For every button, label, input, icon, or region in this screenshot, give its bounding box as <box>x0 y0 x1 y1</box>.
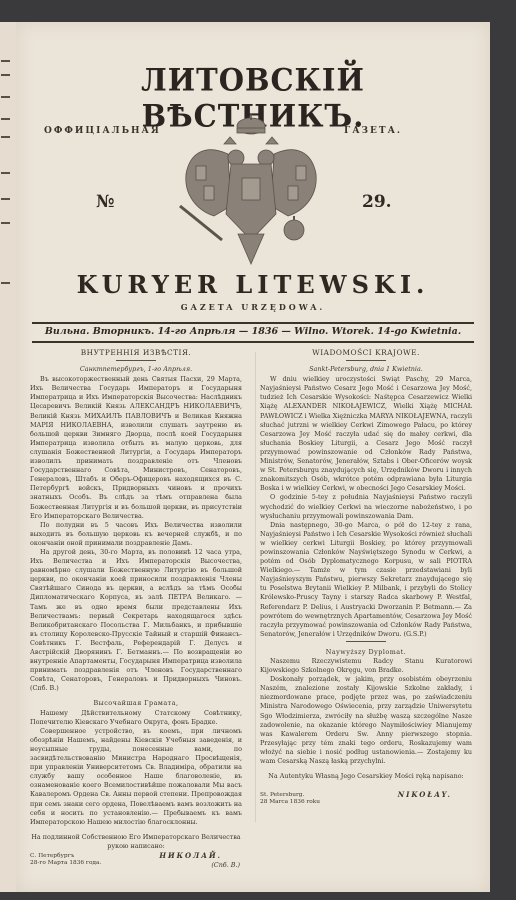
column-heading: WIADOMOŚCI KRAJOWE. <box>260 348 472 357</box>
issue-label: № <box>96 192 114 212</box>
column-russian: ВНУТРЕННІЯ ИЗВѢСТІЯ. Санктпетербургъ, 1-… <box>30 348 242 873</box>
signature-caption: На подлинной Собственною Его Императорск… <box>30 833 242 851</box>
article-place-date: Санктпетербургъ, 1-го Апрѣля. <box>30 365 242 374</box>
dateline: Вильна. Вторникъ. 14-го Апрѣля — 1836 — … <box>32 326 474 337</box>
column-polish: WIADOMOŚCI KRAJOWE. Sankt-Petersburg, dn… <box>260 348 472 812</box>
signature-date: 28 Marca 1836 roku <box>260 799 320 806</box>
issue-number: 29. <box>362 192 392 212</box>
decree-addressee: Нашему Дѣйствительному Статскому Совѣтни… <box>30 709 242 727</box>
decree-title: Высочайшая Грамата, <box>30 699 242 708</box>
newspaper-page: ЛИТОВСКІЙ ВѢСТНИКЪ. ОФФИЦІАЛЬНАЯ ГАЗЕТА.… <box>16 22 490 892</box>
decree-paragraph: Совершенное устройство, въ коемъ, при ли… <box>30 727 242 827</box>
column-heading: ВНУТРЕННІЯ ИЗВѢСТІЯ. <box>30 348 242 357</box>
signature-name: NIKOŁAY. <box>398 790 452 799</box>
article-paragraph: Dnia następnego, 30-go Marca, o pół do 1… <box>260 521 472 639</box>
signature-source: (Спб. В.) <box>211 861 240 870</box>
column-divider <box>255 352 256 822</box>
signature-place-date: St. Petersburg. 28 Marca 1836 roku <box>260 792 320 806</box>
divider <box>346 641 386 642</box>
double-headed-eagle-icon <box>176 114 326 272</box>
masthead-title-pl: KURYER LITEWSKI. <box>38 270 468 299</box>
decree-paragraph: Doskonały porządek, w jakim, przy osobis… <box>260 675 472 766</box>
dateline-rule-bottom <box>32 341 474 343</box>
masthead-subtitle-left: ОФФИЦІАЛЬНАЯ <box>44 126 161 136</box>
signature-block: Na Autentyku Własną Jego Cesarskiey Mośc… <box>260 772 472 812</box>
divider <box>116 360 156 361</box>
article-paragraph: W dniu wielkiey uroczystości Swiąt Pasch… <box>260 375 472 493</box>
article-paragraph: На другой день, 30-го Марта, въ половинѣ… <box>30 548 242 694</box>
article-paragraph: O godzinie 5-tey z południa Nayjaśnieysi… <box>260 493 472 520</box>
signature-place: С. Петербургъ <box>30 853 101 860</box>
article-paragraph: Въ высокоторжественный день Святыя Пасхи… <box>30 375 242 521</box>
article-place-date: Sankt-Petersburg, dnia 1 Kwietnia. <box>260 365 472 374</box>
decree-addressee: Naszemu Rzeczywistemu Radcy Stanu Kurato… <box>260 657 472 675</box>
divider <box>346 360 386 361</box>
decree-title: Naywyższy Dyplomat. <box>260 648 472 657</box>
signature-block: На подлинной Собственною Его Императорск… <box>30 833 242 873</box>
adjacent-page-edge <box>0 22 17 892</box>
article-paragraph: По полудни въ 5 часовъ Ихъ Величества из… <box>30 521 242 548</box>
dateline-rule-top <box>32 322 474 324</box>
signature-place: St. Petersburg. <box>260 792 320 799</box>
signature-date: 28-го Марта 1836 года. <box>30 860 101 867</box>
signature-caption: Na Autentyku Własną Jego Cesarskiey Mośc… <box>260 772 472 781</box>
masthead-subtitle-pl: GAZETA URZĘDOWA. <box>38 302 468 312</box>
masthead-subtitle-right: ГАЗЕТА. <box>344 126 402 136</box>
signature-name: НИКОЛАЙ. <box>159 851 222 860</box>
signature-place-date: С. Петербургъ 28-го Марта 1836 года. <box>30 853 101 867</box>
